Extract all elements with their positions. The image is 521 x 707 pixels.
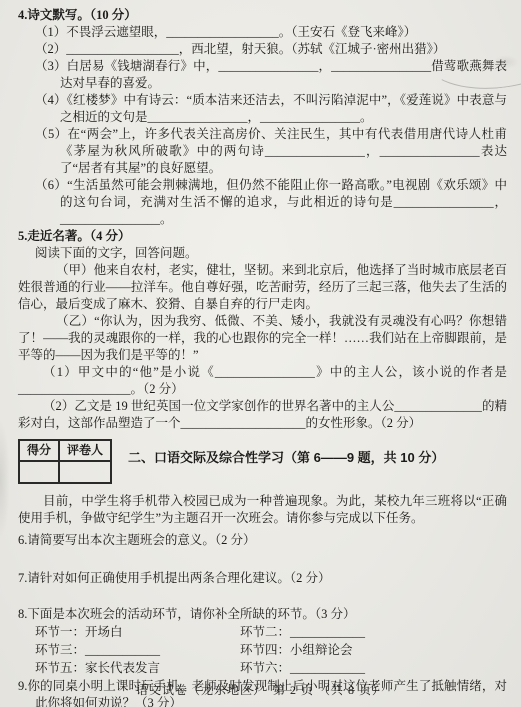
q8-activity-slots: 环节一：开场白 环节二：____________ 环节三：___________… [35,623,507,677]
grader-label: 评卷人 [59,440,111,461]
question-4-title: 4.诗文默写。（10 分） [18,7,507,24]
question-5-title: 5.走近名著。（4 分） [18,228,507,245]
q4-item-4: （4）《红楼梦》中有诗云：“质本洁来还洁去，不叫污陷淖泥中”，《爱莲说》中表意与… [35,92,507,126]
question-6: 6.请简要写出本次主题班会的意义。（2 分） [18,532,507,549]
score-box: 得分 评卷人 [18,439,112,484]
section-2-intro: 目前，中学生将手机带入校园已成为一种普遍现象。为此，某校九年三班将以“正确使用手… [18,493,507,527]
grader-value-cell [59,461,111,483]
q4-item-2: （2）__________________，西北望，射天狼。（苏轼《江城子·密州… [35,41,507,58]
q8-slot-1: 环节一：开场白 [35,623,240,641]
q8-slot-4: 环节四：小组辩论会 [240,641,507,659]
q8-slot-6: 环节六：____________ [240,659,507,677]
score-label: 得分 [19,440,59,461]
question-7: 7.请针对如何正确使用手机提出两条合理化建议。（2 分） [18,570,507,587]
section-2-title: 二、口语交际及综合性学习（第 6——9 题，共 10 分） [128,450,444,466]
q8-slot-5: 环节五：家长代表发言 [35,659,240,677]
q5-passage-jia: （甲）他来自农村，老实，健壮，坚韧。来到北京后，他选择了当时城市底层老百姓很普通… [18,262,507,313]
q5-instructions: 阅读下面的文字，回答问题。 [35,245,507,262]
q5-sub-item-1: （1）甲文中的“他”是小说《________________》中的主人公，该小说… [18,364,507,398]
q5-passage-yi: （乙）“你认为，因为我穷、低微、不美、矮小，我就没有灵魂没有心吗？你想错了！——… [18,313,507,364]
question-8-title: 8.下面是本次班会的活动环节，请你补全所缺的环节。（3 分） [18,606,507,623]
q5-sub-item-2: （2）乙文是 19 世纪英国一位文学家创作的世界名著中的主人公_________… [18,398,507,432]
q8-slot-3: 环节三：____________ [35,641,240,659]
q4-item-6: （6）“生活虽然可能会荆棘满地，但仍然不能阻止你一路高歌。”电视剧《欢乐颂》中的… [35,177,507,228]
exam-paper-page: 4.诗文默写。（10 分） （1）不畏浮云遮望眼，_______________… [0,0,521,707]
score-value-cell [19,461,59,483]
q4-item-3: （3）白居易《钱塘湖春行》中，________________，________… [35,58,507,92]
q4-item-1: （1）不畏浮云遮望眼，__________________。（王安石《登飞来峰》… [35,24,507,41]
page-footer: 语文试卷（龙东地区） 第 2 页 （共 8 页） [0,682,521,699]
q4-item-5: （5）在“两会”上，许多代表关注高房价、关注民生，其中有代表借用唐代诗人杜甫《茅… [35,126,507,177]
section-2-header-row: 得分 评卷人 二、口语交际及综合性学习（第 6——9 题，共 10 分） [18,439,507,484]
page-content: 4.诗文默写。（10 分） （1）不畏浮云遮望眼，_______________… [0,0,521,707]
q8-slot-2: 环节二：____________ [240,623,507,641]
